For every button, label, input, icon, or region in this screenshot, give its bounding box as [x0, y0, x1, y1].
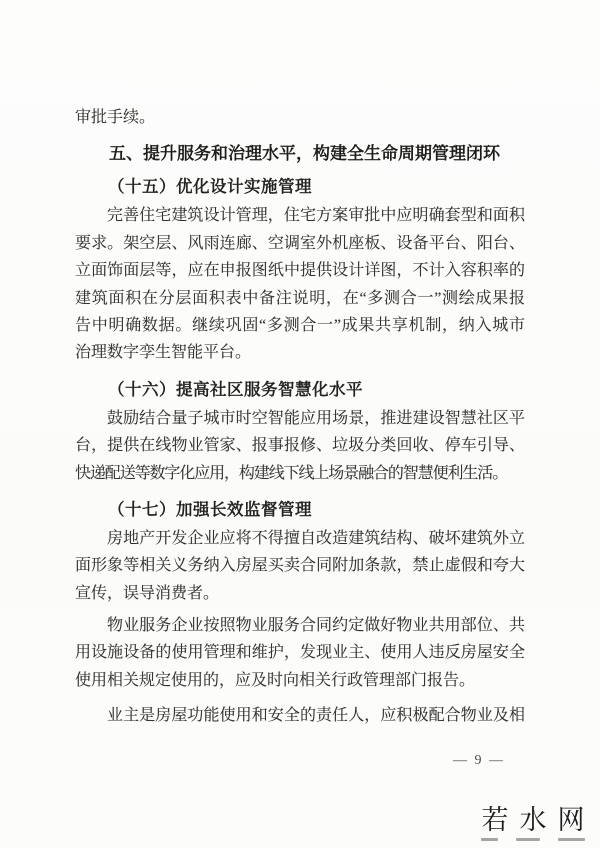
paragraph-line: 完善住宅建筑设计管理，住宅方案审批中应明确套型和面积 [75, 202, 525, 229]
scanned-document-page: 审批手续。 五、提升服务和治理水平，构建全生命周期管理闭环 （十五）优化设计实施… [0, 0, 600, 848]
paragraph-line: 鼓励结合量子城市时空智能应用场景，推进建设智慧社区平 [75, 405, 525, 432]
paragraph: 完善住宅建筑设计管理，住宅方案审批中应明确套型和面积 要求。架空层、风雨连廊、空… [75, 202, 525, 366]
subsection-heading-16: （十六）提高社区服务智慧化水平 [75, 375, 525, 405]
paragraph-line: 使用相关规定使用的，应及时向相关行政管理部门报告。 [75, 667, 525, 694]
watermark-logo: 若水网 [477, 806, 589, 841]
subsection-heading-17: （十七）加强长效监督管理 [75, 495, 525, 525]
paragraph-line: 宣传，误导消费者。 [75, 580, 525, 607]
paragraph-line: 要求。架空层、风雨连廊、空调室外机座板、设备平台、阳台、 [75, 230, 525, 257]
paragraph-line: 业主是房屋功能使用和安全的责任人，应积极配合物业及相 [75, 702, 525, 729]
paragraph-line: 治理数字孪生智能平台。 [75, 339, 525, 366]
paragraph: 房地产开发企业应将不得擅自改造建筑结构、破坏建筑外立 面形象等相关义务纳入房屋买… [75, 525, 525, 607]
paragraph-line: 告中明确数据。继续巩固“多测合一”成果共享机制，纳入城市 [75, 312, 525, 339]
paragraph-line: 快递配送等数字化应用，构建线下线上场景融合的智慧便利生活。 [75, 460, 525, 487]
paragraph-line: 台，提供在线物业管家、报事报修、垃圾分类回收、停车引导、 [75, 432, 525, 459]
main-section-heading: 五、提升服务和治理水平，构建全生命周期管理闭环 [75, 138, 525, 169]
paragraph-line: 用设施设备的使用管理和维护，发现业主、使用人违反房屋安全 [75, 639, 525, 666]
paragraph: 业主是房屋功能使用和安全的责任人，应积极配合物业及相 [75, 702, 525, 729]
tagline-word-blur [481, 838, 498, 841]
paragraph-line: 建筑面积在分层面积表中备注说明，在“多测合一”测绘成果报 [75, 285, 525, 312]
subsection-heading-15: （十五）优化设计实施管理 [75, 172, 525, 202]
page-number: — 9 — [453, 753, 505, 769]
paragraph-line: 物业服务企业按照物业服务合同约定做好物业共用部位、共 [75, 612, 525, 639]
watermark-title-text: 若水网 [477, 806, 600, 834]
tagline-word-blur [516, 838, 540, 841]
paragraph-line: 面形象等相关义务纳入房屋买卖合同附加条款，禁止虚假和夸大 [75, 552, 525, 579]
document-body: 审批手续。 五、提升服务和治理水平，构建全生命周期管理闭环 （十五）优化设计实施… [75, 104, 525, 730]
paragraph-line: 房地产开发企业应将不得擅自改造建筑结构、破坏建筑外立 [75, 525, 525, 552]
watermark-tagline-blur [477, 838, 589, 841]
continuation-paragraph-line: 审批手续。 [75, 104, 525, 131]
paragraph: 鼓励结合量子城市时空智能应用场景，推进建设智慧社区平 台，提供在线物业管家、报事… [75, 405, 525, 487]
paragraph-line: 立面饰面层等，应在申报图纸中提供设计详图，不计入容积率的 [75, 257, 525, 284]
paragraph: 物业服务企业按照物业服务合同约定做好物业共用部位、共 用设施设备的使用管理和维护… [75, 612, 525, 694]
tagline-word-blur [558, 838, 585, 841]
